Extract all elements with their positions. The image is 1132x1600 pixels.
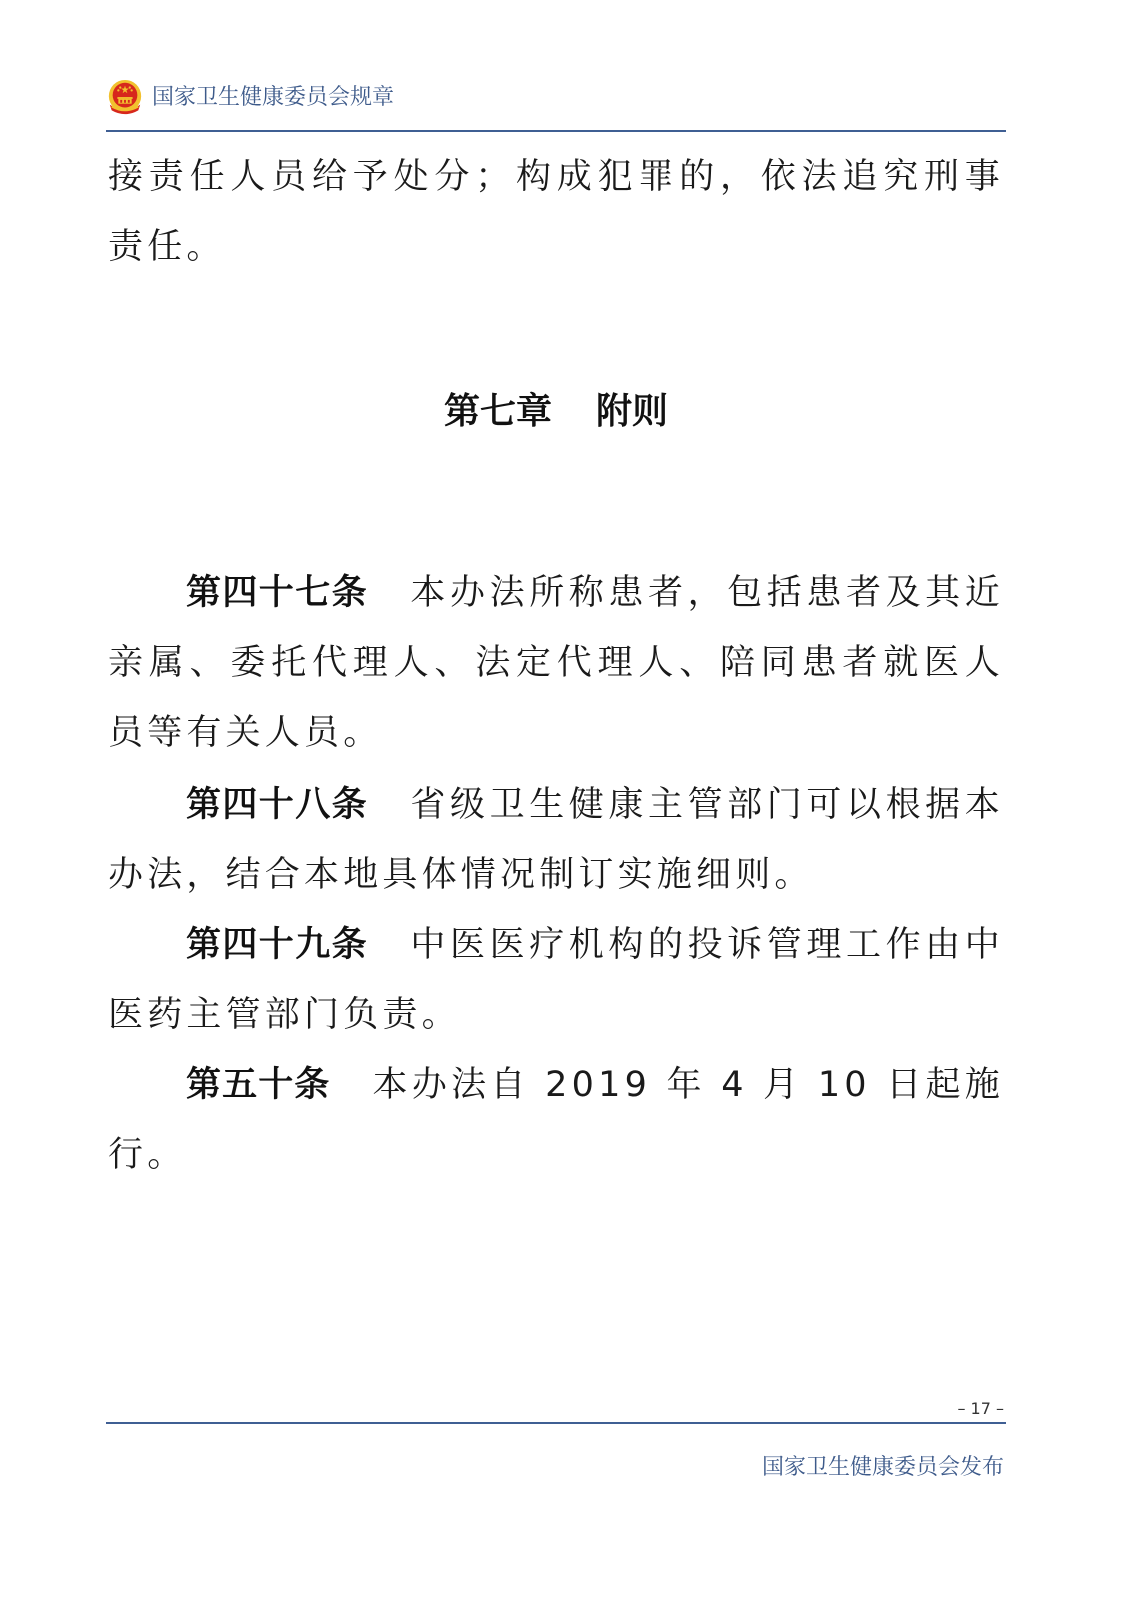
header-divider: [106, 130, 1006, 132]
article-number: 第四十九条: [186, 925, 368, 965]
chapter-title: 附则: [596, 391, 668, 432]
national-emblem-icon: [106, 78, 144, 118]
document-header: 国家卫生健康委员会规章: [106, 78, 394, 118]
article-number: 第四十八条: [186, 785, 368, 825]
article-number: 第五十条: [186, 1065, 330, 1105]
header-title: 国家卫生健康委员会规章: [152, 78, 394, 118]
article-48: 第四十八条省级卫生健康主管部门可以根据本办法，结合本地具体情况制订实施细则。: [108, 770, 1004, 910]
chapter-number: 第七章: [444, 391, 552, 432]
article-number: 第四十七条: [186, 573, 368, 613]
page-number: – 17 –: [940, 1398, 1004, 1420]
chapter-heading: 第七章附则: [0, 384, 1112, 440]
footer-publisher: 国家卫生健康委员会发布: [762, 1452, 1004, 1484]
article-50: 第五十条本办法自 2019 年 4 月 10 日起施行。: [108, 1050, 1004, 1190]
article-49: 第四十九条中医医疗机构的投诉管理工作由中医药主管部门负责。: [108, 910, 1004, 1050]
continued-paragraph: 接责任人员给予处分；构成犯罪的，依法追究刑事责任。: [108, 142, 1004, 282]
footer-divider: [106, 1422, 1006, 1424]
article-47: 第四十七条本办法所称患者，包括患者及其近亲属、委托代理人、法定代理人、陪同患者就…: [108, 558, 1004, 768]
